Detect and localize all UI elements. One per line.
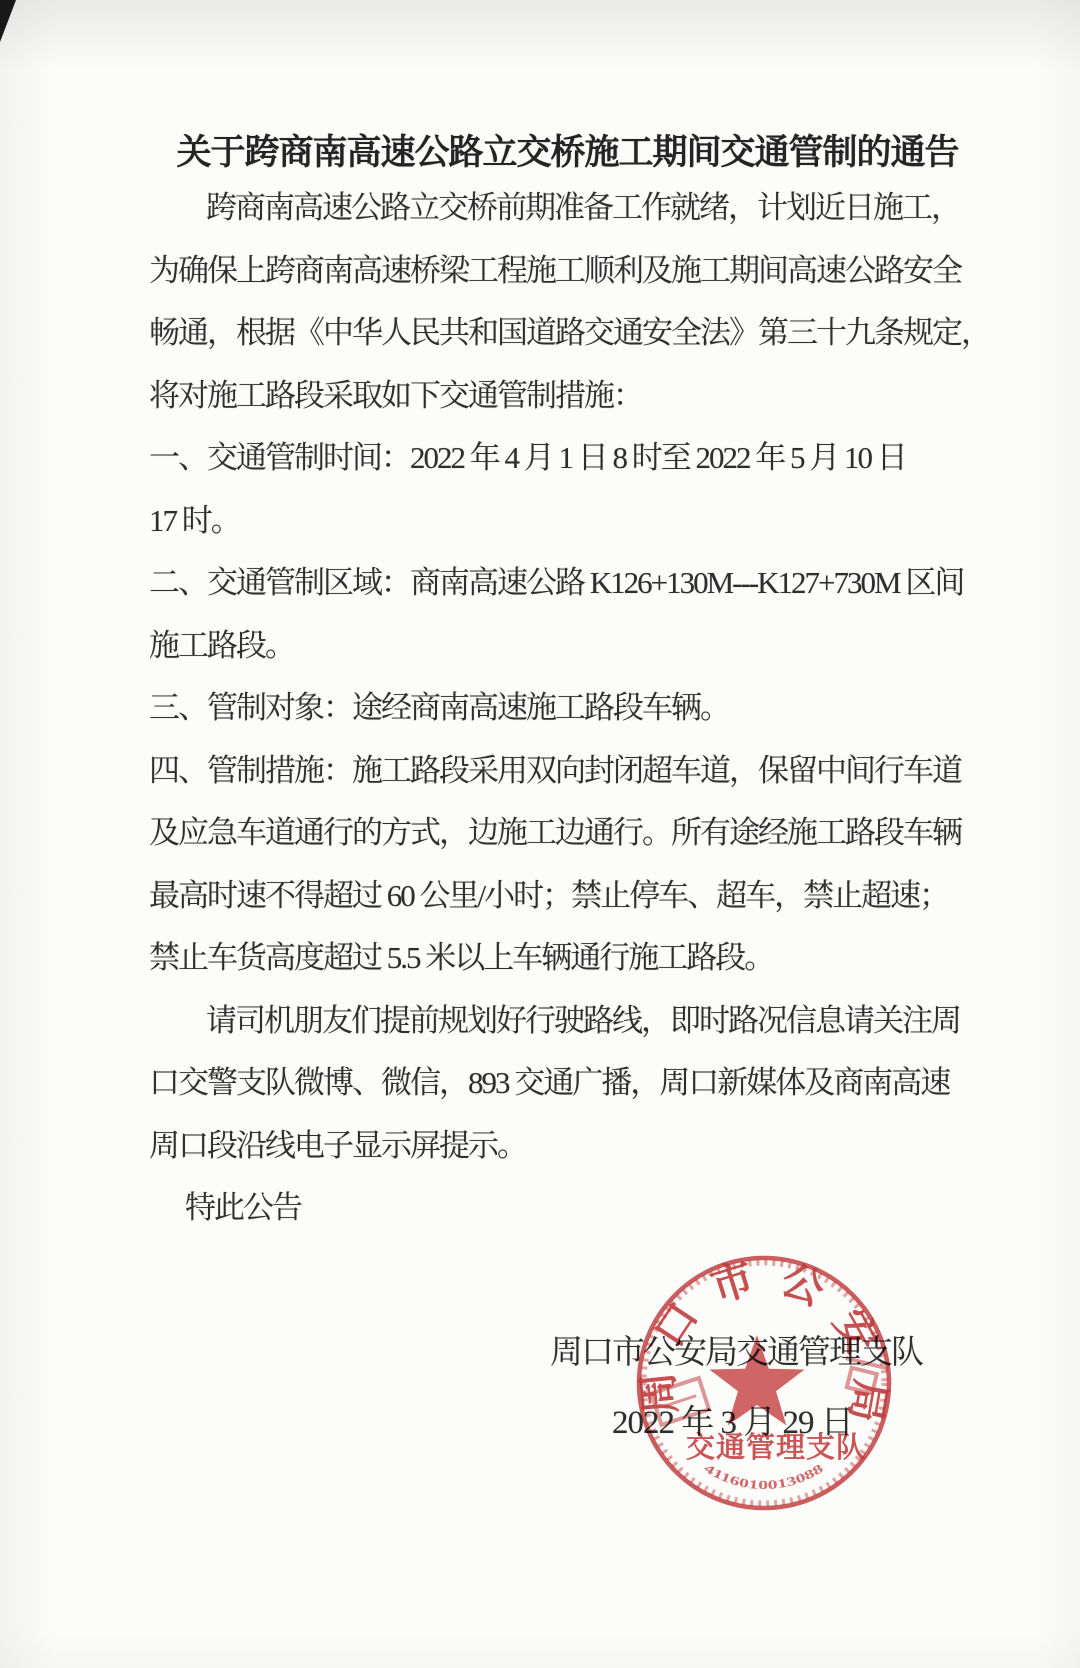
- body-line-control-area: 二、交通管制区域：商南高速公路 K126+130M---K127+730M 区间: [149, 552, 961, 615]
- body-line: 周口段沿线电子显示屏提示。: [149, 1115, 961, 1178]
- seal-bottom-text: 交通管理支队: [686, 1431, 866, 1464]
- body-line: 为确保上跨商南高速桥梁工程施工顺利及施工期间高速公路安全: [149, 240, 961, 303]
- body-line: 及应急车道通行的方式，边施工边通行。所有途经施工路段车辆: [149, 802, 961, 865]
- body-line: 最高时速不得超过 60 公里/小时；禁止停车、超车，禁止超速；: [149, 865, 961, 928]
- body-line: 口交警支队微博、微信，893 交通广播，周口新媒体及商南高速: [149, 1052, 961, 1115]
- notice-body: 跨商南高速公路立交桥前期准备工作就绪，计划近日施工， 为确保上跨商南高速桥梁工程…: [149, 177, 961, 1240]
- official-seal: 周口市公安局 交通管理支队 4116010013088: [600, 1235, 1000, 1525]
- body-line: 跨商南高速公路立交桥前期准备工作就绪，计划近日施工，: [149, 177, 961, 240]
- body-line: 禁止车货高度超过 5.5 米以上车辆通行施工路段。: [149, 927, 961, 990]
- body-line: 施工路段。: [149, 615, 961, 678]
- body-line: 畅通，根据《中华人民共和国道路交通安全法》第三十九条规定，: [149, 302, 961, 365]
- body-line: 17 时。: [149, 490, 961, 553]
- star-icon: [709, 1335, 804, 1426]
- scan-corner-artifact: [0, 0, 16, 42]
- notice-title: 关于跨商南高速公路立交桥施工期间交通管制的通告: [150, 125, 971, 175]
- body-line: 请司机朋友们提前规划好行驶路线，即时路况信息请关注周: [149, 990, 961, 1053]
- scanned-notice-page: 关于跨商南高速公路立交桥施工期间交通管制的通告 跨商南高速公路立交桥前期准备工作…: [0, 0, 1080, 1668]
- body-line: 将对施工路段采取如下交通管制措施：: [149, 365, 961, 428]
- svg-text:4116010013088: 4116010013088: [702, 1461, 826, 1492]
- seal-serial: 4116010013088: [702, 1461, 826, 1492]
- closing-text: 特此公告: [149, 1177, 961, 1240]
- body-line-control-measures: 四、管制措施：施工路段采用双向封闭超车道，保留中间行车道: [149, 740, 961, 803]
- body-line-control-time: 一、交通管制时间：2022 年 4 月 1 日 8 时至 2022 年 5 月 …: [149, 427, 961, 490]
- body-line-control-target: 三、管制对象：途经商南高速施工路段车辆。: [149, 677, 961, 740]
